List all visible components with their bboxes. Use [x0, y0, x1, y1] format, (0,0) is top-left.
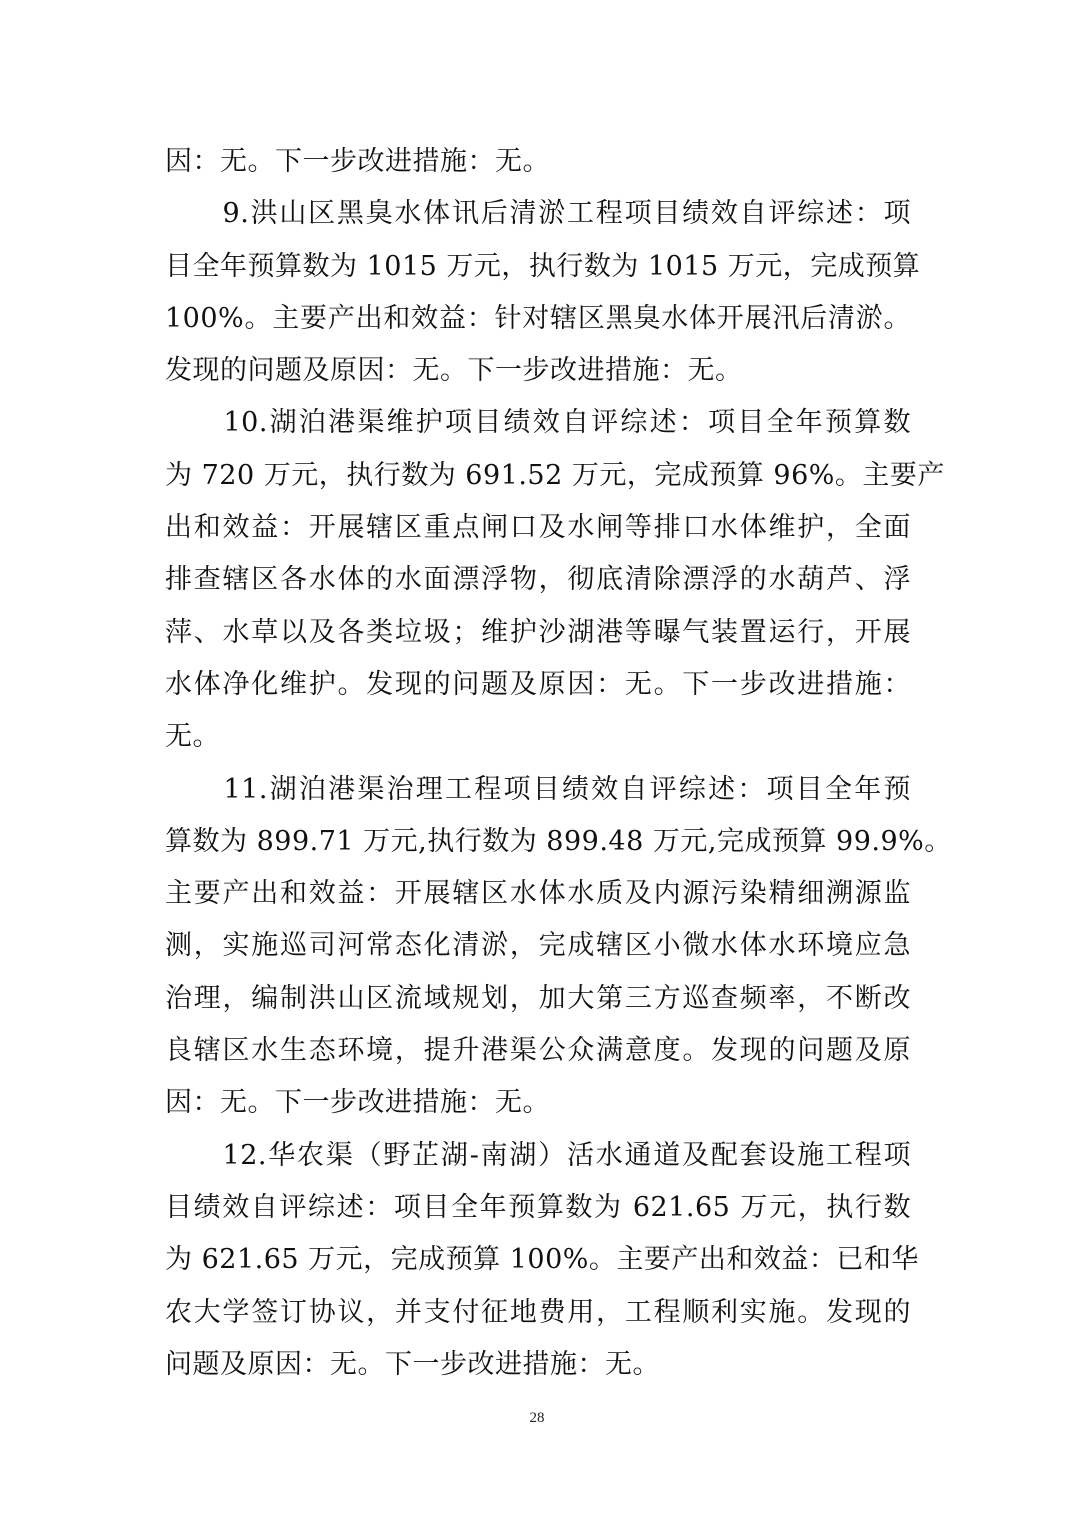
paragraph-11-line: 因：无。下一步改进措施：无。 — [165, 1077, 911, 1129]
paragraph-11-line: 测，实施巡司河常态化清淤，完成辖区小微水体水环境应急 — [165, 920, 911, 972]
paragraph-10-line: 10.湖泊港渠维护项目绩效自评综述：项目全年预算数 — [165, 397, 911, 449]
paragraph-9-line: 9.洪山区黑臭水体讯后清淤工程项目绩效自评综述：项 — [165, 188, 911, 240]
body-text: 因：无。下一步改进措施：无。 9.洪山区黑臭水体讯后清淤工程项目绩效自评综述：项… — [165, 136, 911, 1391]
paragraph-9-line: 发现的问题及原因：无。下一步改进措施：无。 — [165, 345, 911, 397]
paragraph-10-line: 无。 — [165, 711, 911, 763]
paragraph-9-line: 100%。主要产出和效益：针对辖区黑臭水体开展汛后清淤。 — [165, 293, 911, 345]
paragraph-12-line: 问题及原因：无。下一步改进措施：无。 — [165, 1339, 911, 1391]
document-page: 因：无。下一步改进措施：无。 9.洪山区黑臭水体讯后清淤工程项目绩效自评综述：项… — [0, 0, 1074, 1520]
paragraph-10-line: 萍、水草以及各类垃圾；维护沙湖港等曝气装置运行，开展 — [165, 607, 911, 659]
paragraph-12-line: 农大学签订协议，并支付征地费用，工程顺利实施。发现的 — [165, 1287, 911, 1339]
paragraph-11-line: 良辖区水生态环境，提升港渠公众满意度。发现的问题及原 — [165, 1025, 911, 1077]
paragraph-11-line: 主要产出和效益：开展辖区水体水质及内源污染精细溯源监 — [165, 868, 911, 920]
paragraph-11-line: 11.湖泊港渠治理工程项目绩效自评综述：项目全年预 — [165, 764, 911, 816]
paragraph-10-line: 出和效益：开展辖区重点闸口及水闸等排口水体维护，全面 — [165, 502, 911, 554]
paragraph-10-line: 水体净化维护。发现的问题及原因：无。下一步改进措施： — [165, 659, 911, 711]
paragraph-11-line: 治理，编制洪山区流域规划，加大第三方巡查频率，不断改 — [165, 973, 911, 1025]
paragraph-12-line: 为 621.65 万元，完成预算 100%。主要产出和效益：已和华 — [165, 1234, 911, 1286]
page-number: 28 — [0, 1410, 1074, 1427]
paragraph-10-line: 排查辖区各水体的水面漂浮物，彻底清除漂浮的水葫芦、浮 — [165, 554, 911, 606]
paragraph-12-line: 目绩效自评综述：项目全年预算数为 621.65 万元，执行数 — [165, 1182, 911, 1234]
paragraph-9-line: 目全年预算数为 1015 万元，执行数为 1015 万元，完成预算 — [165, 241, 911, 293]
paragraph-10-line: 为 720 万元，执行数为 691.52 万元，完成预算 96%。主要产 — [165, 450, 911, 502]
text-line: 因：无。下一步改进措施：无。 — [165, 136, 911, 188]
paragraph-11-line: 算数为 899.71 万元,执行数为 899.48 万元,完成预算 99.9%。 — [165, 816, 911, 868]
paragraph-12-line: 12.华农渠（野芷湖-南湖）活水通道及配套设施工程项 — [165, 1130, 911, 1182]
